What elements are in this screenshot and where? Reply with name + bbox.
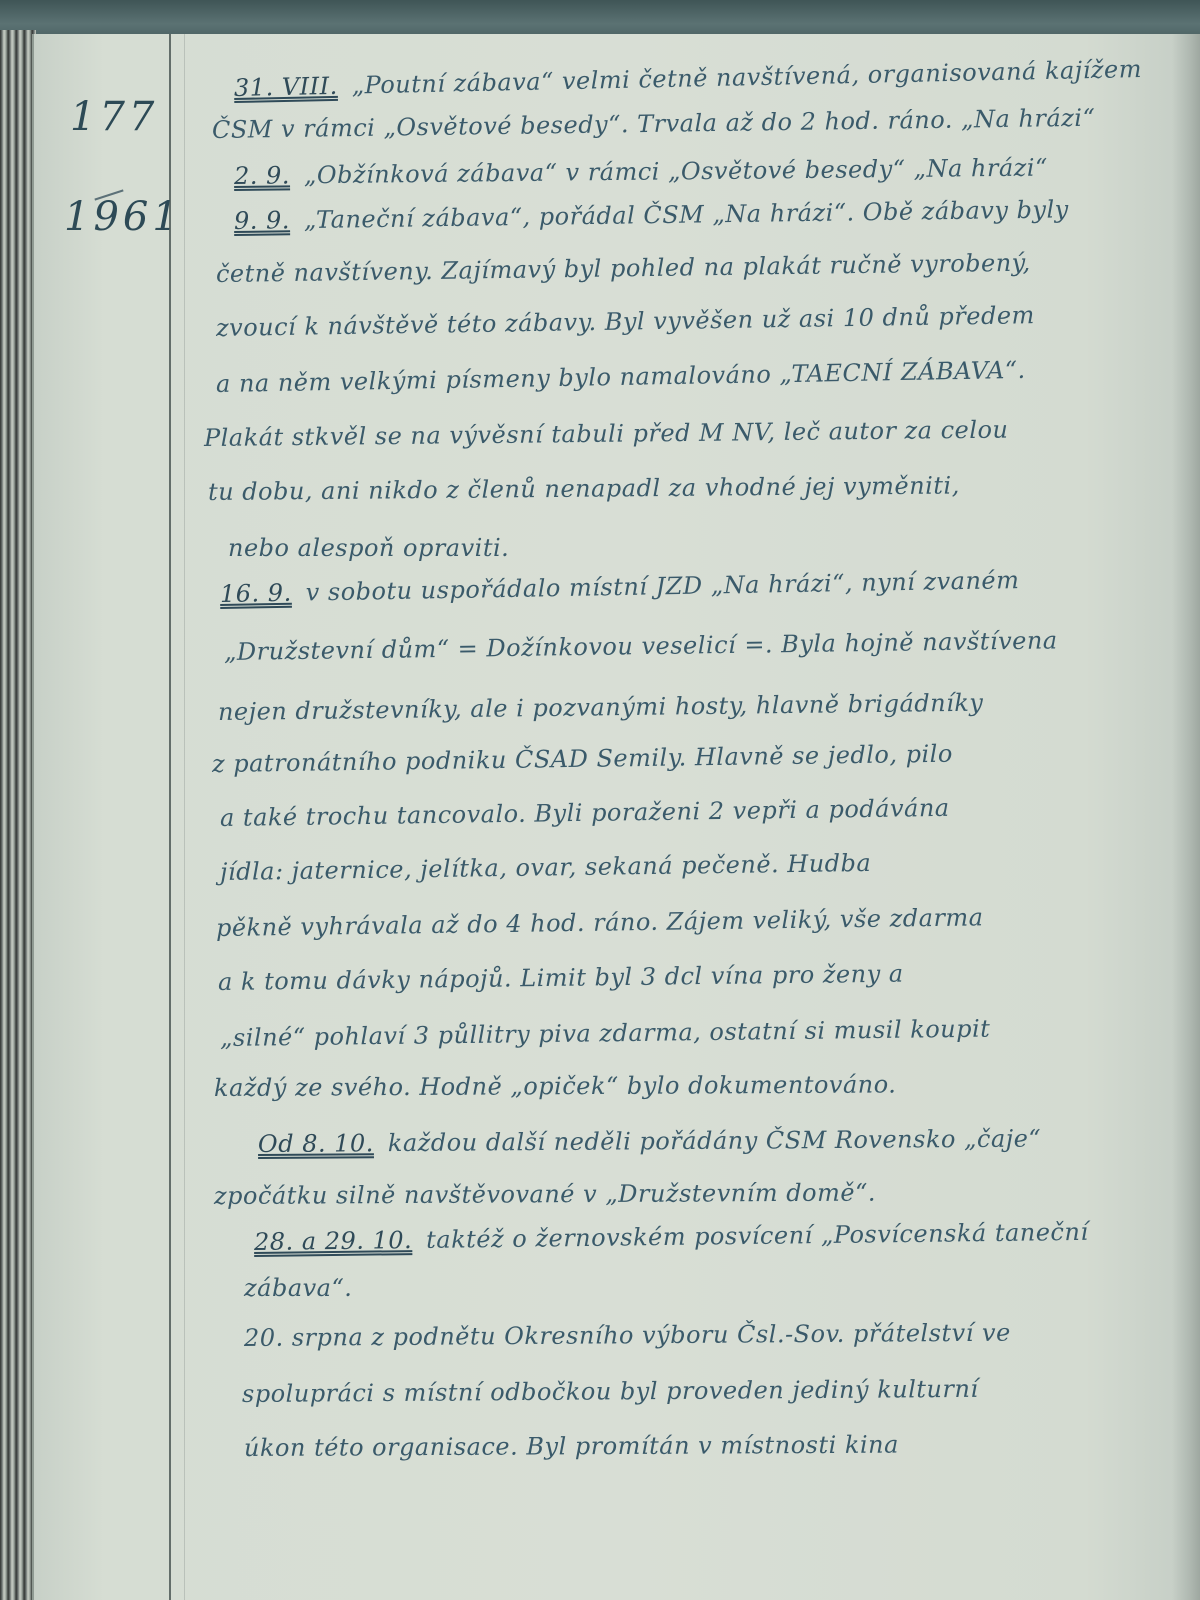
line-text: „Taneční zábava“, pořádal ČSM „Na hrázi“… <box>304 195 1069 234</box>
line-text: ČSM v rámci „Osvětové besedy“. Trvala až… <box>212 104 1096 144</box>
margin-rule <box>169 34 171 1600</box>
line-text: četně navštíveny. Zajímavý byl pohled na… <box>216 249 1031 288</box>
text-line: z patronátního podniku ČSAD Semily. Hlav… <box>212 740 953 778</box>
text-line: zpočátku silně navštěvované v „Družstevn… <box>214 1179 876 1210</box>
text-line: Plakát stkvěl se na vývěsní tabuli před … <box>204 416 1009 452</box>
text-line: 28. a 29. 10.taktéž o žernovském posvíce… <box>254 1218 1089 1256</box>
text-line: jídla: jaternice, jelítka, ovar, sekaná … <box>220 849 872 886</box>
text-line: „Družstevní dům“ = Dožínkovou veselicí =… <box>224 626 1058 666</box>
line-text: každou další neděli pořádány ČSM Rovensk… <box>388 1125 1041 1158</box>
handwritten-text-body: 31. VIII.„Poutní zábava“ velmi četně nav… <box>204 34 1164 1600</box>
page-fold-shadow <box>1172 34 1200 1600</box>
entry-date: 2. 9. <box>234 161 290 190</box>
line-text: a na něm velkými písmeny bylo namalováno… <box>216 356 1026 398</box>
line-text: spolupráci s místní odbočkou byl provede… <box>242 1375 979 1408</box>
entry-date: 16. 9. <box>220 579 292 608</box>
line-text: tu dobu, ani nikdo z členů nenapadl za v… <box>208 471 960 506</box>
line-text: úkon této organisace. Byl promítán v mís… <box>244 1431 899 1462</box>
line-text: v sobotu uspořádalo místní JZD „Na hrázi… <box>305 566 1019 606</box>
entry-date: 31. VIII. <box>234 72 338 102</box>
text-line: nebo alespoň opraviti. <box>228 534 509 562</box>
page-number: 177 <box>70 94 158 140</box>
line-text: nebo alespoň opraviti. <box>228 534 509 562</box>
line-text: každý ze svého. Hodně „opiček“ bylo doku… <box>214 1070 897 1102</box>
text-line: ČSM v rámci „Osvětové besedy“. Trvala až… <box>212 104 1096 144</box>
line-text: pěkně vyhrávala až do 4 hod. ráno. Zájem… <box>216 903 984 942</box>
line-text: zpočátku silně navštěvované v „Družstevn… <box>214 1179 876 1210</box>
text-line: zvoucí k návštěvě této zábavy. Byl vyvěš… <box>216 301 1035 342</box>
line-text: taktéž o žernovském posvícení „Posvícens… <box>426 1218 1089 1254</box>
line-text: „Obžínková zábava“ v rámci „Osvětové bes… <box>304 153 1048 189</box>
line-text: zábava“. <box>244 1274 352 1302</box>
text-line: četně navštíveny. Zajímavý byl pohled na… <box>216 249 1031 288</box>
text-line: zábava“. <box>244 1274 352 1302</box>
margin-rule-faint <box>184 34 185 1600</box>
entry-date: 28. a 29. 10. <box>254 1226 413 1256</box>
line-text: „Družstevní dům“ = Dožínkovou veselicí =… <box>224 626 1058 666</box>
text-line: 16. 9.v sobotu uspořádalo místní JZD „Na… <box>220 566 1020 608</box>
line-text: jídla: jaternice, jelítka, ovar, sekaná … <box>220 849 872 886</box>
line-text: „Poutní zábava“ velmi četně navštívená, … <box>351 55 1142 100</box>
text-line: úkon této organisace. Byl promítán v mís… <box>244 1431 899 1462</box>
text-line: pěkně vyhrávala až do 4 hod. ráno. Zájem… <box>216 903 984 942</box>
line-text: 20. srpna z podnětu Okresního výboru Čsl… <box>244 1319 1011 1352</box>
text-line: 9. 9.„Taneční zábava“, pořádal ČSM „Na h… <box>234 195 1069 235</box>
entry-date: Od 8. 10. <box>258 1129 374 1158</box>
line-text: nejen družstevníky, ale i pozvanými host… <box>218 689 984 726</box>
line-text: a k tomu dávky nápojů. Limit byl 3 dcl v… <box>218 960 904 996</box>
text-line: a také trochu tancovalo. Byli poraženi 2… <box>220 794 950 832</box>
line-text: Plakát stkvěl se na vývěsní tabuli před … <box>204 416 1009 452</box>
year-label: 1961 <box>64 194 182 240</box>
text-line: každý ze svého. Hodně „opiček“ bylo doku… <box>214 1070 897 1102</box>
line-text: a také trochu tancovalo. Byli poraženi 2… <box>220 794 950 832</box>
text-line: 20. srpna z podnětu Okresního výboru Čsl… <box>244 1319 1011 1352</box>
text-line: spolupráci s místní odbočkou byl provede… <box>242 1375 979 1408</box>
entry-date: 9. 9. <box>234 206 290 235</box>
text-line: tu dobu, ani nikdo z členů nenapadl za v… <box>208 471 960 506</box>
text-line: „silné“ pohlaví 3 půllitry piva zdarma, … <box>220 1015 991 1052</box>
text-line: a k tomu dávky nápojů. Limit byl 3 dcl v… <box>218 960 904 996</box>
text-line: 31. VIII.„Poutní zábava“ velmi četně nav… <box>234 55 1143 102</box>
text-line: Od 8. 10.každou další neděli pořádány ČS… <box>258 1125 1041 1158</box>
line-text: zvoucí k návštěvě této zábavy. Byl vyvěš… <box>216 301 1035 342</box>
text-line: 2. 9.„Obžínková zábava“ v rámci „Osvětov… <box>234 153 1048 190</box>
text-line: nejen družstevníky, ale i pozvanými host… <box>218 689 984 726</box>
line-text: z patronátního podniku ČSAD Semily. Hlav… <box>212 740 953 778</box>
text-line: a na něm velkými písmeny bylo namalováno… <box>216 356 1026 398</box>
chronicle-page: 177 1961 31. VIII.„Poutní zábava“ velmi … <box>32 34 1200 1600</box>
line-text: „silné“ pohlaví 3 půllitry piva zdarma, … <box>220 1015 991 1052</box>
book-page-edges <box>0 30 36 1600</box>
